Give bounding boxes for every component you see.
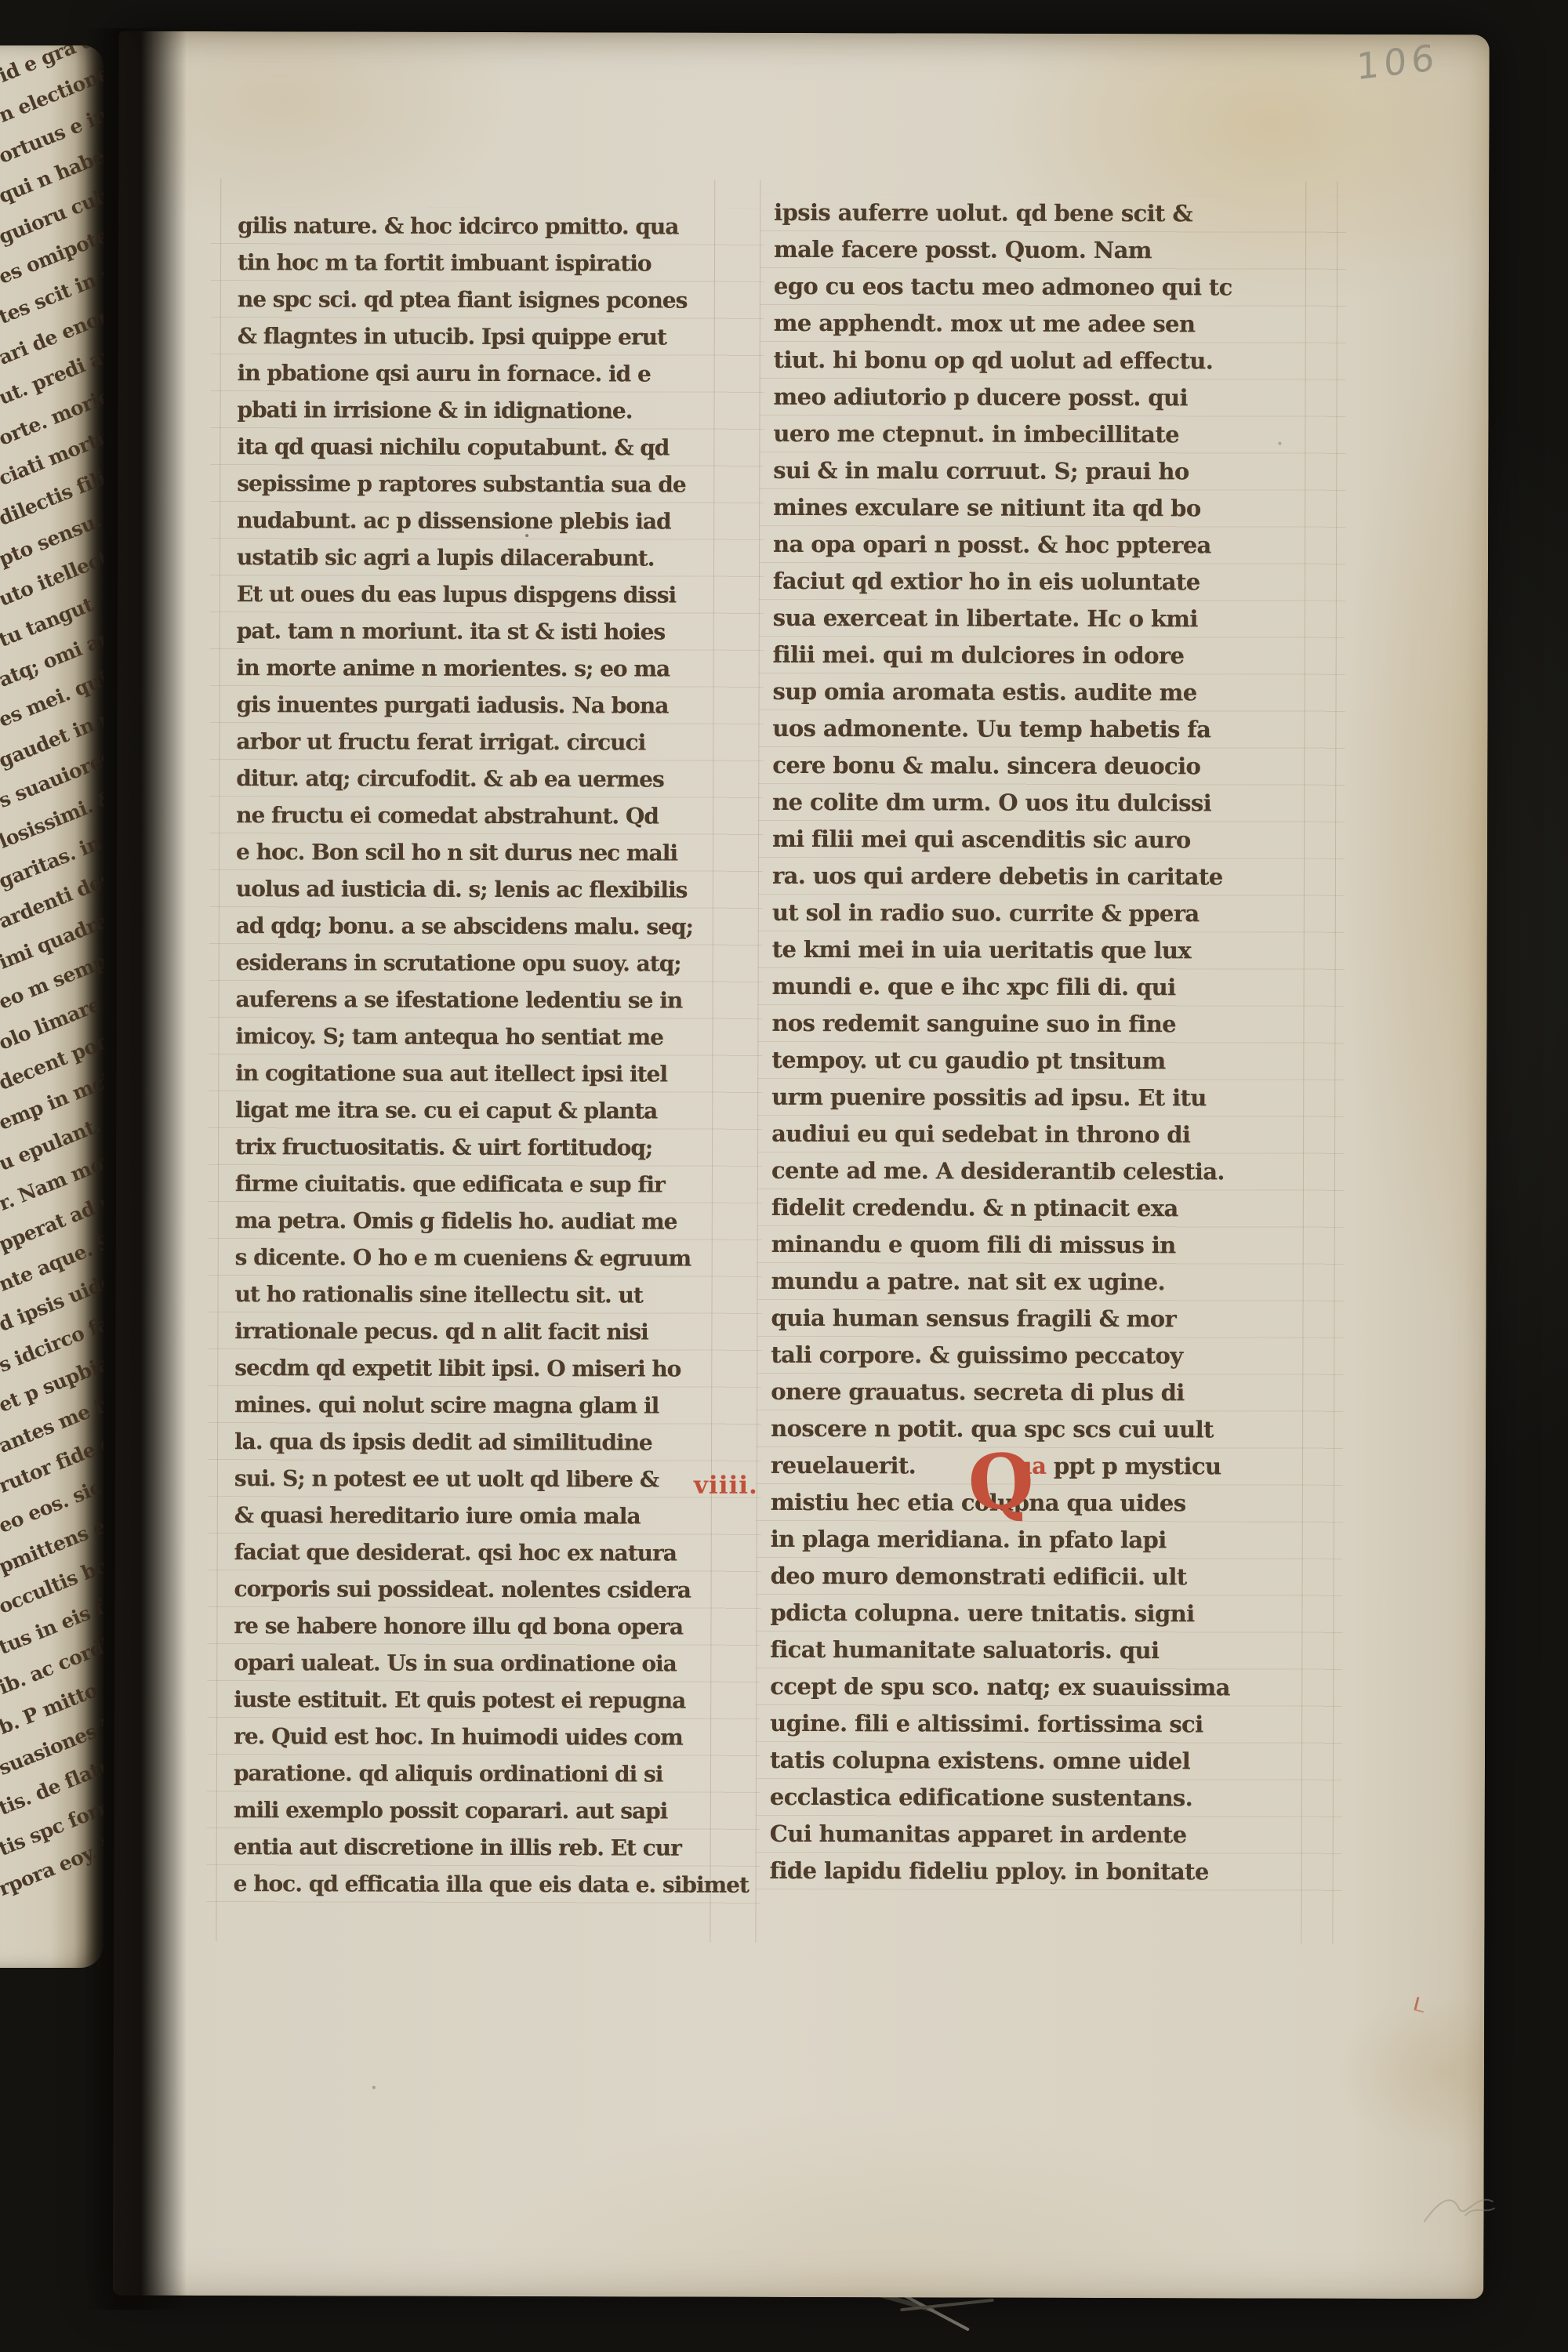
text-line: urm puenire possitis ad ipsu. Et itu bbox=[771, 1079, 1301, 1117]
text-line: pbati in irrisione & in idignatione. bbox=[237, 391, 729, 430]
text-line: imicoy. S; tam antequa ho sentiat me bbox=[235, 1018, 728, 1056]
text-line: reuelauerit. ua ppt p mysticu bbox=[771, 1447, 1301, 1486]
folio-number: 106 bbox=[1356, 36, 1439, 89]
text-line: & quasi hereditario iure omia mala bbox=[234, 1497, 727, 1535]
text-column-right: ipsis auferre uolut. qd bene scit &male … bbox=[770, 194, 1305, 1891]
text-line: meo adiutorio p ducere posst. qui bbox=[774, 379, 1304, 417]
text-line: e hoc. Bon scil ho n sit durus nec mali bbox=[236, 833, 728, 872]
text-line: mines exculare se nitiunt ita qd bo bbox=[773, 489, 1303, 528]
text-line: auferens a se ifestatione ledentiu se in bbox=[235, 981, 728, 1019]
text-line: pdicta colupna. uere tnitatis. signi bbox=[770, 1595, 1300, 1633]
text-line: tiut. hi bonu op qd uolut ad effectu. bbox=[774, 342, 1304, 380]
text-line: tali corpore. & guissimo peccatoy bbox=[771, 1337, 1301, 1375]
text-line: Cui humanitas apparet in ardente bbox=[770, 1816, 1300, 1854]
text-line: re. Quid est hoc. In huimodi uides com bbox=[234, 1718, 726, 1756]
text-line: ficat humanitate saluatoris. qui bbox=[770, 1632, 1300, 1670]
rubric-initial-Q: Q bbox=[967, 1443, 1035, 1521]
text-line: te kmi mei in uia ueritatis que lux bbox=[772, 931, 1302, 970]
text-line: sepissime p raptores substantia sua de bbox=[237, 465, 729, 503]
facing-page-edge: id e gra di. hc ego den electione mea cu… bbox=[0, 45, 103, 1968]
text-line: ipsis auferre uolut. qd bene scit & bbox=[774, 194, 1304, 233]
text-line: ita qd quasi nichilu coputabunt. & qd bbox=[237, 428, 729, 466]
text-line: mili exemplo possit coparari. aut sapi bbox=[234, 1791, 726, 1830]
text-line: ra. uos qui ardere debetis in caritate bbox=[772, 858, 1302, 896]
text-line: entia aut discretione in illis reb. Et c… bbox=[234, 1828, 726, 1867]
text-line: e hoc. qd efficatia illa que eis data e.… bbox=[234, 1865, 726, 1904]
text-line: in pbatione qsi auru in fornace. id e bbox=[238, 354, 730, 393]
text-line: esiderans in scrutatione opu suoy. atq; bbox=[236, 944, 728, 982]
text-line: nos redemit sanguine suo in fine bbox=[771, 1005, 1301, 1044]
text-line: mundi e. que e ihc xpc fili di. qui bbox=[772, 968, 1302, 1007]
text-line: fidelit credendu. & n ptinacit exa bbox=[771, 1189, 1301, 1228]
text-line: & flagntes in utucib. Ipsi quippe erut bbox=[238, 318, 730, 356]
text-line: sua exerceat in libertate. Hc o kmi bbox=[773, 600, 1303, 638]
text-line: iuste estituit. Et quis potest ei repugn… bbox=[234, 1681, 726, 1719]
column-guide-line bbox=[216, 179, 221, 1941]
text-line: arbor ut fructu ferat irrigat. circuci bbox=[236, 723, 728, 761]
text-line: ugine. fili e altissimi. fortissima sci bbox=[770, 1705, 1300, 1744]
text-segment: reuelauerit. bbox=[771, 1452, 924, 1479]
text-line: sui & in malu corruut. S; praui ho bbox=[773, 452, 1303, 491]
text-line: na opa opari n posst. & hoc ppterea bbox=[773, 526, 1303, 564]
text-line: trix fructuositatis. & uirt fortitudoq; bbox=[235, 1128, 728, 1167]
text-line: cente ad me. A desiderantib celestia. bbox=[771, 1152, 1301, 1191]
text-line: ligat me itra se. cu ei caput & planta bbox=[235, 1091, 728, 1130]
quire-mark: viiii. bbox=[694, 1468, 758, 1504]
ink-speck bbox=[1278, 442, 1281, 445]
text-line: ne fructu ei comedat abstrahunt. Qd bbox=[236, 797, 728, 835]
text-line: gilis nature. & hoc idcirco pmitto. qua bbox=[238, 207, 730, 245]
text-line: la. qua ds ipsis dedit ad similitudine bbox=[234, 1423, 727, 1461]
text-line: uolus ad iusticia di. s; lenis ac flexib… bbox=[236, 870, 728, 909]
text-line: mi filii mei qui ascenditis sic auro bbox=[772, 821, 1302, 859]
text-line: quia human sensus fragili & mor bbox=[771, 1300, 1301, 1338]
text-line: sui. S; n potest ee ut uolt qd libere & bbox=[234, 1460, 727, 1498]
text-line: nudabunt. ac p dissensione plebis iad bbox=[237, 502, 729, 540]
text-line: pat. tam n moriunt. ita st & isti hoies bbox=[237, 612, 729, 651]
ink-speck bbox=[525, 534, 528, 537]
text-line: minandu e quom fili di missus in bbox=[771, 1226, 1301, 1265]
column-guide-line bbox=[1332, 182, 1338, 1944]
text-line: filii mei. qui m dulciores in odore bbox=[773, 637, 1303, 675]
text-line: Et ut oues du eas lupus dispgens dissi bbox=[237, 575, 729, 614]
text-segment: ppt p mysticu bbox=[1046, 1453, 1221, 1480]
text-line: ecclastica edificatione sustentans. bbox=[770, 1779, 1300, 1817]
manuscript-page: 106 gilis nature. & hoc idcirco pmitto. … bbox=[113, 31, 1490, 2299]
text-line: faciut qd extior ho in eis uoluntate bbox=[773, 563, 1303, 601]
text-line: tin hoc m ta fortit imbuant ispiratio bbox=[238, 244, 730, 282]
text-line: cere bonu & malu. sincera deuocio bbox=[772, 747, 1302, 786]
text-line: uos admonente. Uu temp habetis fa bbox=[772, 710, 1302, 749]
text-line: ut sol in radio suo. currite & ppera bbox=[772, 895, 1302, 933]
text-line: male facere posst. Quom. Nam bbox=[774, 231, 1304, 270]
ink-speck bbox=[372, 2086, 376, 2089]
photo-background: id e gra di. hc ego den electione mea cu… bbox=[0, 0, 1568, 2352]
text-line: sup omia aromata estis. audite me bbox=[773, 673, 1303, 712]
pencil-scribble bbox=[1417, 2181, 1504, 2236]
text-line: firme ciuitatis. que edificata e sup fir bbox=[235, 1165, 728, 1203]
red-ink-mark bbox=[1414, 1997, 1427, 2013]
text-line: mundu a patre. nat sit ex ugine. bbox=[771, 1263, 1301, 1301]
text-line: ad qdq; bonu. a se abscidens malu. seq; bbox=[236, 907, 728, 946]
text-line: irrationale pecus. qd n alit facit nisi bbox=[234, 1312, 727, 1351]
text-line: tatis colupna existens. omne uidel bbox=[770, 1742, 1300, 1780]
text-line: in cogitatione sua aut itellect ipsi ite… bbox=[235, 1054, 728, 1093]
text-line: ne spc sci. qd ptea fiant isignes pcones bbox=[238, 281, 730, 319]
text-line: ustatib sic agri a lupis dilacerabunt. bbox=[237, 539, 729, 577]
text-line: faciat que desiderat. qsi hoc ex natura bbox=[234, 1534, 727, 1572]
text-line: in plaga meridiana. in pfato lapi bbox=[771, 1521, 1301, 1559]
text-line: opari ualeat. Us in sua ordinatione oia bbox=[234, 1644, 726, 1682]
text-line: s dicente. O ho e m cueniens & egruum bbox=[235, 1239, 728, 1277]
text-line: fide lapidu fideliu pploy. in bonitate bbox=[770, 1853, 1300, 1891]
text-line: onere grauatus. secreta di plus di bbox=[771, 1374, 1301, 1412]
text-line: audiui eu qui sedebat in throno di bbox=[771, 1116, 1301, 1154]
text-column-left: gilis nature. & hoc idcirco pmitto. quat… bbox=[234, 207, 731, 1904]
text-line: me apphendt. mox ut me adee sen bbox=[774, 305, 1304, 343]
text-line: ditur. atq; circufodit. & ab ea uermes bbox=[236, 760, 728, 798]
text-line: gis inuentes purgati iadusis. Na bona bbox=[236, 686, 728, 724]
text-line: deo muro demonstrati edificii. ult bbox=[771, 1558, 1301, 1596]
text-line: re se habere honore illu qd bona opera bbox=[234, 1607, 726, 1646]
text-line: ma petra. Omis g fidelis ho. audiat me bbox=[235, 1202, 728, 1240]
text-line: paratione. qd aliquis ordinationi di si bbox=[234, 1755, 726, 1793]
text-line: tempoy. ut cu gaudio pt tnsitum bbox=[771, 1042, 1301, 1080]
text-line: ut ho rationalis sine itellectu sit. ut bbox=[235, 1276, 728, 1314]
text-line: in morte anime n morientes. s; eo ma bbox=[237, 649, 729, 688]
text-line: ego cu eos tactu meo admoneo qui tc bbox=[774, 268, 1304, 307]
text-line: mines. qui nolut scire magna glam il bbox=[234, 1386, 727, 1425]
text-line: ccept de spu sco. natq; ex suauissima bbox=[770, 1668, 1300, 1707]
text-line: noscere n potit. qua spc scs cui uult bbox=[771, 1410, 1301, 1449]
text-line: corporis sui possideat. nolentes csidera bbox=[234, 1570, 727, 1609]
text-line: mistiu hec etia colupna qua uides bbox=[771, 1484, 1301, 1523]
column-guide-line bbox=[755, 180, 760, 1943]
text-line: uero me ctepnut. in imbecillitate bbox=[773, 416, 1303, 454]
text-line: secdm qd expetit libit ipsi. O miseri ho bbox=[234, 1349, 727, 1388]
text-line: ne colite dm urm. O uos itu dulcissi bbox=[772, 784, 1302, 822]
